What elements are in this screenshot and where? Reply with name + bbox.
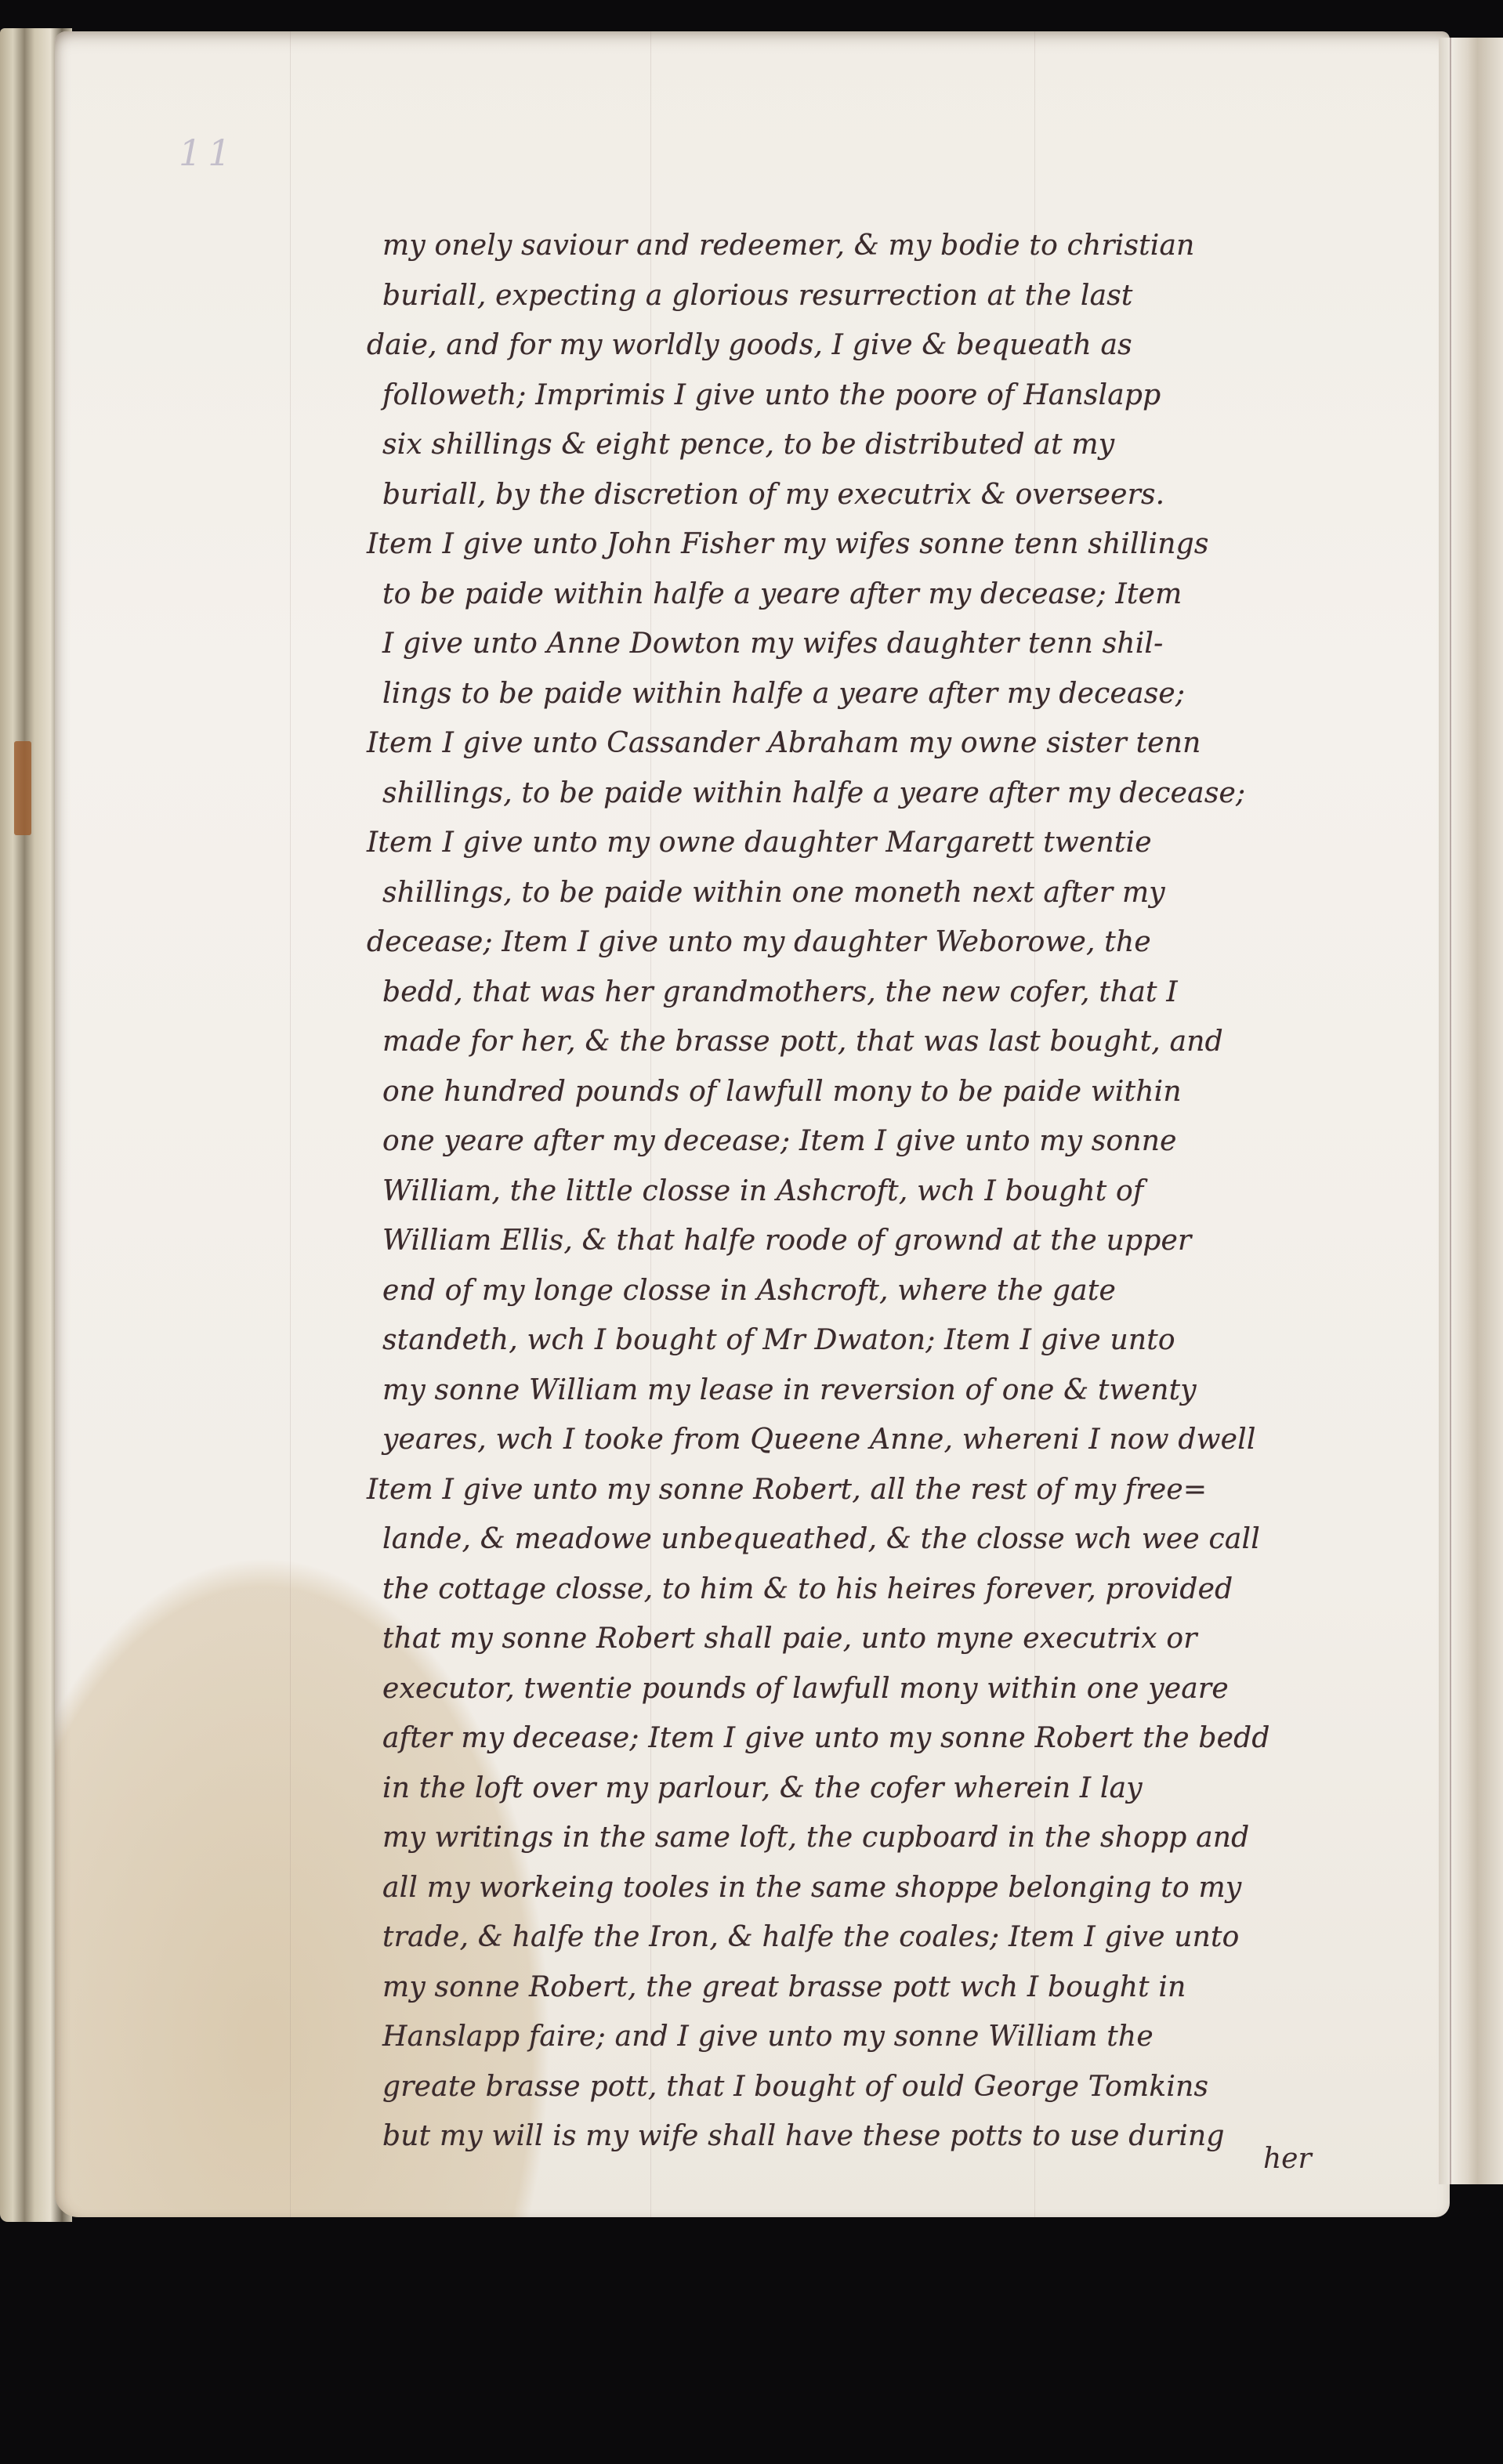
text-line: six shillings & eight pence, to be distr… [382, 420, 1440, 470]
manuscript-photo: 11 my onely saviour and redeemer, & my b… [0, 0, 1503, 2464]
text-line: after my decease; Item I give unto my so… [382, 1713, 1440, 1764]
text-line: that my sonne Robert shall paie, unto my… [382, 1614, 1440, 1664]
text-line: executor, twentie pounds of lawfull mony… [382, 1664, 1440, 1714]
text-line: all my workeing tooles in the same shopp… [382, 1863, 1440, 1913]
text-line: my writings in the same loft, the cupboa… [382, 1813, 1440, 1863]
text-line: yeares, wch I tooke from Queene Anne, wh… [382, 1415, 1440, 1465]
text-line: shillings, to be paide within one moneth… [382, 868, 1440, 918]
text-line: daie, and for my worldly goods, I give &… [367, 320, 1440, 371]
text-line: in the loft over my parlour, & the cofer… [382, 1764, 1440, 1814]
text-line: I give unto Anne Dowton my wifes daughte… [382, 619, 1440, 669]
text-line: lings to be paide within halfe a yeare a… [382, 669, 1440, 719]
text-line: one hundred pounds of lawfull mony to be… [382, 1067, 1440, 1117]
text-line: made for her, & the brasse pott, that wa… [382, 1017, 1440, 1067]
text-line: greate brasse pott, that I bought of oul… [382, 2062, 1440, 2112]
text-line: Item I give unto John Fisher my wifes so… [367, 519, 1440, 570]
text-line: my onely saviour and redeemer, & my bodi… [382, 221, 1440, 271]
text-line: trade, & halfe the Iron, & halfe the coa… [382, 1912, 1440, 1963]
text-line: end of my longe closse in Ashcroft, wher… [382, 1266, 1440, 1316]
fore-edge [1439, 38, 1503, 2184]
text-line: my sonne William my lease in reversion o… [382, 1366, 1440, 1416]
text-line: to be paide within halfe a yeare after m… [382, 570, 1440, 620]
text-line: followeth; Imprimis I give unto the poor… [382, 371, 1440, 421]
text-line: shillings, to be paide within halfe a ye… [382, 769, 1440, 819]
folio-number: 11 [179, 132, 237, 174]
text-line: one yeare after my decease; Item I give … [382, 1116, 1440, 1167]
text-line: William Ellis, & that halfe roode of gro… [382, 1216, 1440, 1266]
text-line: Item I give unto my sonne Robert, all th… [367, 1465, 1440, 1515]
page-crease [290, 31, 291, 2217]
text-line: Item I give unto Cassander Abraham my ow… [367, 718, 1440, 769]
text-line: Item I give unto my owne daughter Margar… [367, 818, 1440, 868]
text-line: bedd, that was her grandmothers, the new… [382, 968, 1440, 1018]
text-line: decease; Item I give unto my daughter We… [367, 917, 1440, 968]
text-line: lande, & meadowe unbequeathed, & the clo… [382, 1514, 1440, 1565]
text-line: buriall, expecting a glorious resurrecti… [382, 271, 1440, 321]
margin-rule [1450, 38, 1451, 2184]
binding-stain [14, 741, 31, 835]
catchword: her [1263, 2143, 1312, 2175]
text-line: William, the little closse in Ashcroft, … [382, 1167, 1440, 1217]
text-line: standeth, wch I bought of Mr Dwaton; Ite… [382, 1315, 1440, 1366]
text-line: my sonne Robert, the great brasse pott w… [382, 1963, 1440, 2013]
text-line: Hanslapp faire; and I give unto my sonne… [382, 2012, 1440, 2062]
text-line: buriall, by the discretion of my executr… [382, 470, 1440, 520]
text-line: the cottage closse, to him & to his heir… [382, 1565, 1440, 1615]
will-text: my onely saviour and redeemer, & my bodi… [382, 221, 1440, 2162]
